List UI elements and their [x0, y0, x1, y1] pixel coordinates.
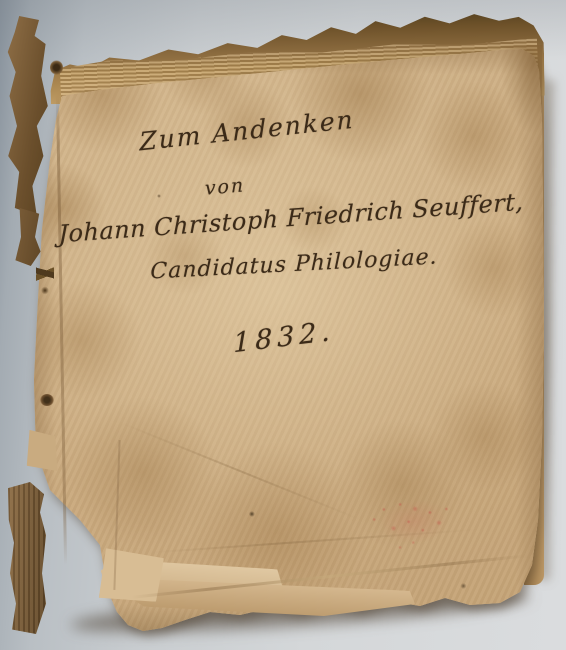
- scanned-notebook-cover: Zum Andenken von Johann Christoph Friedr…: [0, 0, 566, 650]
- handwritten-von-line: von: [205, 174, 246, 200]
- worn-top-right-corner: [500, 45, 542, 135]
- binding-hole-top: [50, 60, 63, 75]
- red-speckle-stain: [359, 480, 468, 565]
- binding-hole-mid: [40, 394, 54, 406]
- binding-thread-knot: [36, 250, 54, 296]
